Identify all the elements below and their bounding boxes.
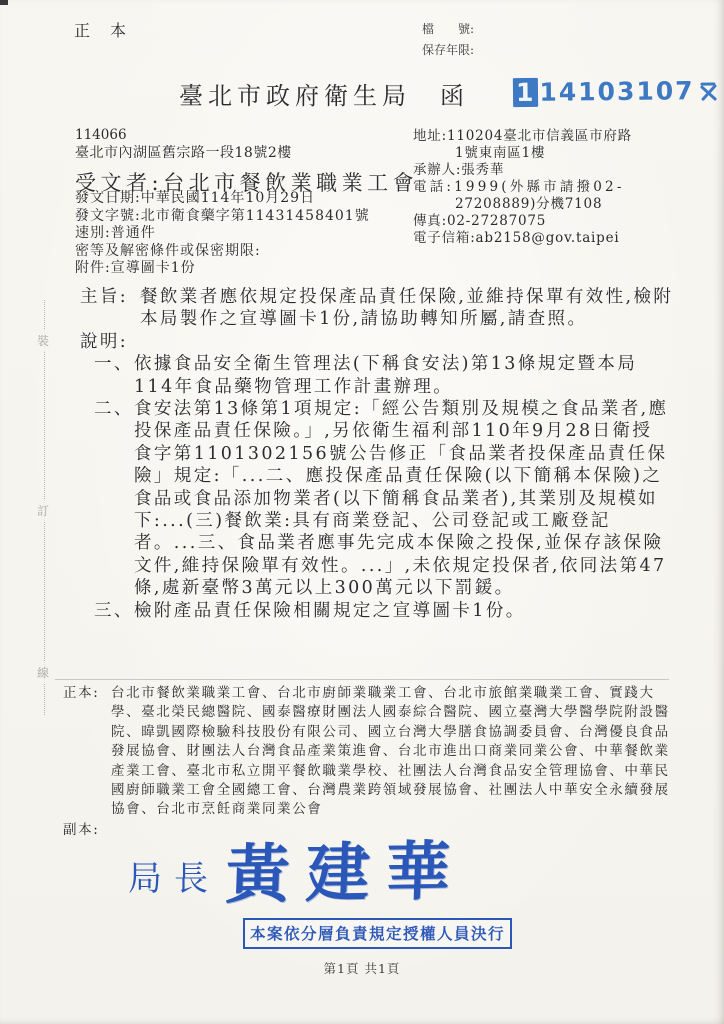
retention-period-label: 保存年限: <box>422 40 474 61</box>
agency-phone-line2: 27208889)分機7108 <box>413 196 632 213</box>
item-marker: 三、 <box>94 600 134 622</box>
page-number-footer: 第1頁 共1頁 <box>0 959 724 977</box>
dispatch-security: 密等及解密條件或保密期限: <box>75 243 370 261</box>
binding-mark-xian: 線 <box>37 662 49 683</box>
agency-fax: 傳真:02-27287075 <box>413 213 632 230</box>
signature-row: 局長 黃建華 <box>128 822 466 914</box>
binding-mark-ding: 訂 <box>37 500 49 521</box>
scanned-official-letter: 正 本 檔 號: 保存年限: 臺北市政府衛生局 函 114103107 1140… <box>0 0 724 1024</box>
received-number-stamp: 114103107 <box>513 76 719 107</box>
description-item: 二、 食安法第13條第1項規定:「經公告類別及規模之食品業者,應投保產品責任保險… <box>94 398 678 600</box>
agency-email: 電子信箱:ab2158@gov.taipei <box>413 230 632 247</box>
binding-mark-zhuang: 裝 <box>37 330 49 351</box>
agency-address-line2: 1號東南區1樓 <box>413 145 632 162</box>
dispatch-attachment: 附件:宣導圖卡1份 <box>75 260 370 278</box>
signer-title: 局長 <box>128 851 220 900</box>
subject-paragraph: 主旨: 餐飲業者應依規定投保產品責任保險,並維持保單有效性,檢附本局製作之宣導圖… <box>80 286 678 331</box>
original-recipients-row: 正本: 台北市餐飲業職業工會、台北市廚師業職業工會、台北市旅館業職業工會、實踐大… <box>63 684 675 820</box>
dispatch-number: 發文字號:北市衛食藥字第11431458401號 <box>75 208 370 226</box>
original-recipients-list: 台北市餐飲業職業工會、台北市廚師業職業工會、台北市旅館業職業工會、實踐大學、臺北… <box>111 684 671 820</box>
signer-name-stamp: 黃建華 <box>224 820 467 916</box>
recipient-address: 臺北市內湖區舊宗路一段18號2樓 <box>75 144 418 162</box>
file-number-label: 檔 號: <box>422 19 474 40</box>
stamp-digits: 14103107 <box>539 76 694 107</box>
subject-text: 餐飲業者應依規定投保產品責任保險,並維持保單有效性,檢附本局製作之宣導圖卡1份,… <box>140 286 675 331</box>
original-recipients-label: 正本: <box>63 684 111 820</box>
agency-contact-block: 地址:110204臺北市信義區市府路 1號東南區1樓 承辦人:張秀華 電話:19… <box>413 128 632 247</box>
distribution-separator-line <box>55 679 669 680</box>
stamp-boxed-digit: 1 <box>513 78 539 107</box>
stamp-x-mark-icon <box>698 81 718 101</box>
item-text: 食安法第13條第1項規定:「經公告類別及規模之食品業者,應投保產品責任保險。」,… <box>134 398 669 600</box>
letter-body: 主旨: 餐飲業者應依規定投保產品責任保險,並維持保單有效性,檢附本局製作之宣導圖… <box>80 286 678 622</box>
signature-block: 局長 黃建華 本案依分層負責規定授權人員決行 <box>128 822 466 914</box>
agency-address-line1: 地址:110204臺北市信義區市府路 <box>413 128 632 145</box>
dispatch-date: 發文日期:中華民國114年10月29日 <box>75 190 370 208</box>
description-label: 說明: <box>80 331 678 353</box>
copy-type-label: 正 本 <box>74 18 128 41</box>
delegation-stamp: 本案依分層負責規定授權人員決行 <box>243 918 512 949</box>
agency-phone-line1: 電話:1999(外縣市請撥02- <box>413 179 632 196</box>
scan-corner-artifact <box>0 0 8 5</box>
subject-label: 主旨: <box>80 286 140 331</box>
item-text: 依據食品安全衛生管理法(下稱食安法)第13條規定暨本局114年食品藥物管理工作計… <box>134 353 669 398</box>
item-marker: 一、 <box>94 353 134 398</box>
agency-officer: 承辦人:張秀華 <box>413 162 632 179</box>
item-marker: 二、 <box>94 398 134 600</box>
description-list: 一、 依據食品安全衛生管理法(下稱食安法)第13條規定暨本局114年食品藥物管理… <box>80 353 678 622</box>
recipient-postal-code: 114066 <box>75 127 418 144</box>
distribution-block: 正本: 台北市餐飲業職業工會、台北市廚師業職業工會、台北市旅館業職業工會、實踐大… <box>63 684 675 840</box>
recipient-block: 114066 臺北市內湖區舊宗路一段18號2樓 受文者:台北市餐飲業職業工會 <box>75 127 418 197</box>
file-number-block: 檔 號: 保存年限: <box>422 19 474 61</box>
description-item: 一、 依據食品安全衛生管理法(下稱食安法)第13條規定暨本局114年食品藥物管理… <box>94 353 678 398</box>
dispatch-meta-block: 發文日期:中華民國114年10月29日 發文字號:北市衛食藥字第11431458… <box>75 190 370 278</box>
item-text: 檢附產品責任保險相關規定之宣導圖卡1份。 <box>134 600 669 622</box>
dispatch-speed: 速別:普通件 <box>75 225 370 243</box>
description-item: 三、 檢附產品責任保險相關規定之宣導圖卡1份。 <box>94 600 678 622</box>
